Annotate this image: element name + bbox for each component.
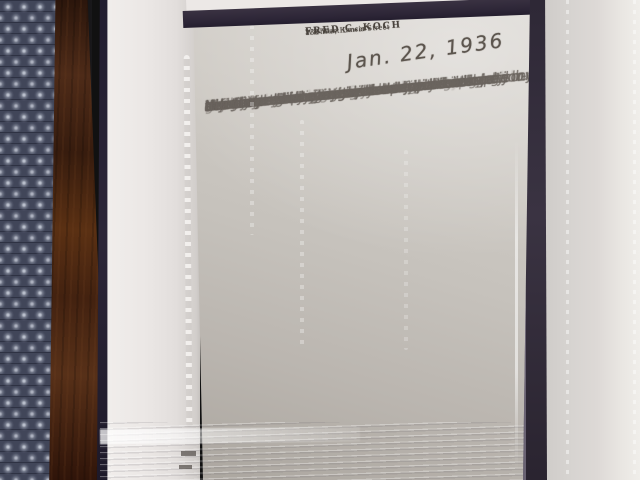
glass-reflection-line bbox=[515, 140, 518, 470]
glass-reflection bbox=[300, 120, 304, 350]
glass-reflection bbox=[250, 25, 254, 235]
letter-paper: FRED C. KOCH 238 West Lewis Street Wichi… bbox=[189, 0, 535, 480]
photo-scene: FRED C. KOCH 238 West Lewis Street Wichi… bbox=[0, 0, 640, 480]
letter-date: Jan. 22, 1936 bbox=[345, 28, 505, 74]
video-streak-band bbox=[100, 427, 360, 445]
wall-reflection-streak bbox=[566, 0, 569, 480]
wall-right-panel bbox=[545, 0, 640, 480]
glass-reflection bbox=[404, 150, 408, 350]
wall-reflection-streak bbox=[633, 0, 636, 480]
frame-left-edge bbox=[96, 0, 108, 480]
dark-smudge bbox=[181, 451, 196, 456]
dark-smudge bbox=[179, 465, 192, 469]
